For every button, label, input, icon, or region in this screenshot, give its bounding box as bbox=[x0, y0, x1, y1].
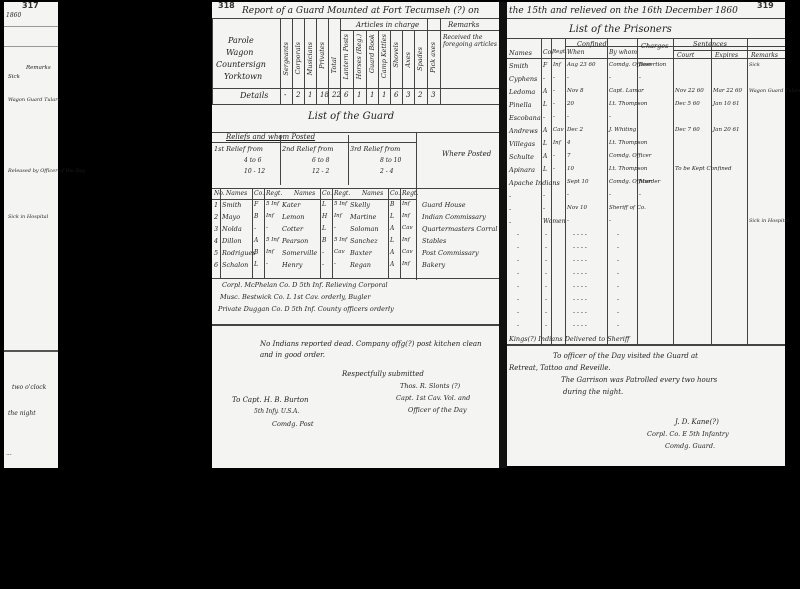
prisoner-name: - bbox=[509, 192, 511, 200]
col-privates: Privates bbox=[318, 42, 326, 69]
roster-header: Regt. bbox=[402, 190, 418, 197]
prisoner-remarks: Sick in Hospital bbox=[749, 218, 789, 224]
blank-row-mark: - bbox=[617, 283, 619, 290]
signature-line: Capt. 1st Cav. Vol. and bbox=[396, 394, 470, 402]
prisoner-regiment: - bbox=[553, 88, 555, 94]
roster-number: 6 bbox=[214, 261, 218, 269]
guard-company: A bbox=[390, 261, 394, 268]
blank-row-mark: - - - - bbox=[573, 322, 587, 329]
blank-row-mark: - bbox=[545, 283, 547, 290]
remarks-header: Remarks bbox=[448, 21, 479, 29]
header-charges: Charges bbox=[641, 42, 669, 50]
blank-row-mark: - - - - bbox=[573, 257, 587, 264]
blank-row-mark: - - - - bbox=[573, 270, 587, 277]
guard-name: Mayo bbox=[222, 213, 240, 221]
guard-regiment: - bbox=[266, 225, 268, 231]
guard-company: - bbox=[322, 249, 324, 256]
prisoner-charge: - bbox=[639, 192, 641, 198]
relief-hours: 4 to 6 bbox=[244, 157, 261, 164]
guard-regiment: Cav bbox=[334, 249, 345, 255]
prisoner-name: Smith bbox=[509, 62, 529, 70]
confined-when: 7 bbox=[567, 153, 571, 159]
roster-divider bbox=[264, 188, 265, 278]
prisoner-company: - bbox=[543, 114, 545, 121]
roster-header: Names bbox=[226, 190, 247, 197]
col-spades: Spades bbox=[416, 47, 424, 71]
guard-name: Cotter bbox=[282, 225, 303, 233]
details-value: 18 bbox=[320, 91, 329, 99]
guard-company: L bbox=[390, 213, 394, 220]
report-note: No Indians reported dead. Company offg(?… bbox=[260, 339, 492, 361]
relief-hours: 12 - 2 bbox=[312, 168, 329, 175]
guard-regiment: - bbox=[266, 261, 268, 267]
blank-row-mark: - bbox=[617, 244, 619, 251]
guard-name: Martine bbox=[350, 213, 376, 221]
col-shovels: Shovels bbox=[392, 42, 400, 68]
prisoner-company: A bbox=[543, 127, 547, 134]
fragment-remark: Sick bbox=[8, 74, 20, 80]
roster-divider bbox=[220, 188, 221, 278]
prisoner-company: L bbox=[543, 166, 547, 173]
guard-company: A bbox=[390, 249, 394, 256]
col-pick-axes: Pick axes bbox=[429, 42, 437, 73]
guard-company: A bbox=[254, 237, 258, 244]
guard-name: Soloman bbox=[350, 225, 379, 233]
yorktown: Yorktown bbox=[224, 72, 262, 81]
col-camp-kettles: Camp Kettles bbox=[380, 34, 388, 78]
prisoner-regiment: - bbox=[553, 153, 555, 159]
guard-regiment: Inf bbox=[266, 213, 274, 219]
articles-header: Articles in charge bbox=[356, 21, 419, 29]
guard-name: Dillon bbox=[222, 237, 242, 245]
prisoner-name: Apinara bbox=[509, 166, 535, 174]
confined-when: Dec 2 bbox=[567, 127, 583, 133]
guard-signature: Corpl. Co. E 5th Infantry bbox=[647, 430, 729, 438]
header-sentences: Sentences bbox=[693, 40, 727, 48]
countersign: Countersign bbox=[216, 60, 266, 69]
blank-row-mark: - bbox=[545, 244, 547, 251]
prisoner-regiment: Inf bbox=[553, 140, 561, 146]
prisoner-name: - bbox=[509, 218, 511, 226]
details-value: 1 bbox=[308, 91, 312, 99]
fragment-header-text: 1860 bbox=[6, 12, 21, 19]
prisoner-company: Women bbox=[543, 218, 565, 225]
fragment-line: two o'clock bbox=[12, 384, 46, 391]
prisoner-remarks: Wagon Guard Tulare bbox=[749, 88, 800, 94]
guard-report-page: 318 Report of a Guard Mounted at Fort Te… bbox=[212, 2, 499, 468]
parole: Parole bbox=[228, 36, 254, 45]
col-lantern-posts: Lantern Posts bbox=[342, 34, 350, 80]
confined-by: - bbox=[609, 218, 611, 224]
blank-row-mark: - - - - bbox=[573, 296, 587, 303]
relief-hours: 2 - 4 bbox=[380, 168, 393, 175]
prisoner-company: - bbox=[543, 192, 545, 199]
prisoners-title: List of the Prisoners bbox=[569, 24, 672, 35]
prisoner-regiment: - bbox=[553, 75, 555, 81]
guard-signature: Comdg. Guard. bbox=[665, 442, 715, 450]
blank-row-mark: - bbox=[517, 270, 519, 277]
details-value: 22 bbox=[332, 91, 341, 99]
prisoners-rule bbox=[673, 50, 785, 51]
post-location: Quartermasters Corral bbox=[422, 225, 497, 233]
guard-regiment: Inf bbox=[334, 213, 342, 219]
prisoner-charge: Desertion bbox=[639, 62, 666, 68]
prisoner-name: Ledoma bbox=[509, 88, 535, 96]
confined-when: 20 bbox=[567, 101, 574, 107]
confined-when: Sept 10 bbox=[567, 179, 589, 185]
prisoners-divider bbox=[711, 38, 712, 344]
col-total: Total bbox=[330, 57, 338, 73]
blank-row-mark: - bbox=[517, 322, 519, 329]
prisoner-regiment: Cav bbox=[553, 127, 564, 133]
guard-regiment: Cav bbox=[402, 225, 413, 231]
guard-regiment: Inf bbox=[402, 261, 410, 267]
roster-number: 2 bbox=[214, 213, 218, 221]
blank-row-mark: - bbox=[517, 257, 519, 264]
blank-row-mark: - bbox=[517, 296, 519, 303]
col-axes: Axes bbox=[404, 52, 412, 68]
guard-regiment: 5 Inf bbox=[334, 201, 347, 207]
prisoner-regiment: - bbox=[553, 114, 555, 120]
col-sergeants: Sergeants bbox=[282, 42, 290, 75]
guard-regiment: Inf bbox=[402, 201, 410, 207]
prisoners-divider bbox=[565, 38, 566, 344]
roster-header: Co. bbox=[322, 190, 332, 197]
guard-name: Kater bbox=[282, 201, 300, 209]
header-remarks: Remarks bbox=[751, 52, 778, 59]
details-value: 2 bbox=[296, 91, 300, 99]
roster-header: Co. bbox=[254, 190, 264, 197]
details-value: 3 bbox=[406, 91, 410, 99]
prisoners-divider bbox=[551, 38, 552, 344]
post-location: Indian Commissary bbox=[422, 213, 486, 221]
prisoners-divider bbox=[607, 38, 608, 344]
details-value: 6 bbox=[344, 91, 348, 99]
confined-by: J. Whiting bbox=[609, 127, 636, 133]
guard-name: Smith bbox=[222, 201, 242, 209]
book-spine bbox=[499, 2, 507, 468]
sentence-expires: Mar 22 60 bbox=[713, 88, 742, 94]
prisoner-company: L bbox=[543, 140, 547, 147]
blank-row-mark: - bbox=[545, 296, 547, 303]
note-line: To officer of the Day visited the Guard … bbox=[553, 352, 698, 360]
list-of-guard-title: List of the Guard bbox=[308, 111, 394, 122]
remarks-received: Received the foregoing articles bbox=[443, 34, 497, 48]
remarks-header: Remarks bbox=[26, 65, 51, 71]
guard-company: L bbox=[390, 237, 394, 244]
blank-row-mark: - bbox=[617, 270, 619, 277]
guard-company: L bbox=[322, 225, 326, 232]
guard-company: A bbox=[390, 225, 394, 232]
guard-name: Lemon bbox=[282, 213, 304, 221]
sentence-court: Nov 22 60 bbox=[675, 88, 704, 94]
left-page-fragment: 317 1860 Remarks Sick Wagon Guard Tulare… bbox=[4, 2, 58, 468]
guard-company: F bbox=[254, 201, 258, 208]
blank-row-mark: - bbox=[617, 309, 619, 316]
blank-row-mark: - bbox=[617, 231, 619, 238]
signature-line: Officer of the Day bbox=[408, 406, 467, 414]
blank-row-mark: - bbox=[545, 322, 547, 329]
blank-row-mark: - - - - bbox=[573, 244, 587, 251]
guard-name: Somerville bbox=[282, 249, 317, 257]
post-location: Post Commissary bbox=[422, 249, 479, 257]
sentence-expires: Jan 20 61 bbox=[713, 127, 740, 133]
prisoner-name: Escobana bbox=[509, 114, 541, 122]
prisoner-company: L bbox=[543, 101, 547, 108]
confined-by: Lt. Thompson bbox=[609, 101, 647, 107]
prisoner-name: Cyphens bbox=[509, 75, 537, 83]
prisoners-rule bbox=[507, 38, 785, 39]
prisoner-remarks: Sick bbox=[749, 62, 760, 68]
guard-signature: J. D. Kane(?) bbox=[675, 418, 719, 426]
blank-row-mark: - bbox=[545, 231, 547, 238]
blank-row-mark: - bbox=[517, 244, 519, 251]
signature-line: Thos. R. Slonts (?) bbox=[400, 382, 460, 390]
page-title: Report of a Guard Mounted at Fort Tecums… bbox=[242, 6, 479, 16]
prisoner-company: A bbox=[543, 88, 547, 95]
blank-row-mark: - bbox=[517, 309, 519, 316]
prisoner-name: Pinella bbox=[509, 101, 532, 109]
details-value: 2 bbox=[418, 91, 422, 99]
header-when: When bbox=[567, 49, 584, 56]
blank-row-mark: - - - - bbox=[573, 283, 587, 290]
guard-company: L bbox=[322, 201, 326, 208]
prisoner-company: A bbox=[543, 153, 547, 160]
prisoner-regiment: - bbox=[553, 166, 555, 172]
roster-header: Co. bbox=[390, 190, 400, 197]
guard-regiment: Inf bbox=[402, 237, 410, 243]
blank-row-mark: - bbox=[517, 231, 519, 238]
guard-regiment: 5 Inf bbox=[334, 237, 347, 243]
roster-divider bbox=[320, 188, 321, 278]
confined-by: Capt. Lamar bbox=[609, 88, 644, 94]
blank-row-mark: - - - - bbox=[573, 231, 587, 238]
prisoners-divider bbox=[747, 38, 748, 344]
guard-company: B bbox=[322, 237, 326, 244]
page-number: 317 bbox=[22, 1, 39, 10]
header-confined: Confined bbox=[577, 40, 607, 48]
blank-row-mark: - bbox=[617, 257, 619, 264]
sentence-court: Dec 7 60 bbox=[675, 127, 700, 133]
guard-regiment: - bbox=[334, 261, 336, 267]
confined-when: - bbox=[567, 192, 569, 198]
post-location: Guard House bbox=[422, 201, 466, 209]
blank-row-mark: - bbox=[545, 257, 547, 264]
header-names: Names bbox=[509, 49, 532, 57]
roster-header: Regt. bbox=[266, 190, 282, 197]
guard-company: L bbox=[254, 261, 258, 268]
relief-label: 3rd Relief from bbox=[350, 145, 400, 153]
prisoner-name: Andrews bbox=[509, 127, 538, 135]
guard-regiment: - bbox=[334, 225, 336, 231]
details-value: 6 bbox=[394, 91, 398, 99]
guard-name: Schalon bbox=[222, 261, 248, 269]
details-value: 3 bbox=[431, 91, 435, 99]
prisoners-rule bbox=[507, 58, 785, 59]
wagon: Wagon bbox=[226, 48, 253, 57]
roster-number: 3 bbox=[214, 225, 218, 233]
fragment-line: ... bbox=[6, 450, 12, 457]
confined-by: - bbox=[609, 192, 611, 198]
prisoner-charge: - bbox=[639, 75, 641, 81]
confined-when: 4 bbox=[567, 140, 571, 146]
confined-by: Sheriff of Co. bbox=[609, 205, 646, 211]
roster-divider bbox=[332, 188, 333, 278]
guard-regiment: Inf bbox=[266, 249, 274, 255]
prisoners-divider bbox=[673, 38, 674, 344]
details-value: - bbox=[284, 91, 286, 99]
confined-when: Aug 23 60 bbox=[567, 62, 596, 68]
fragment-remark: Released by Officer of the Day bbox=[8, 168, 85, 174]
relief-hours: 6 to 8 bbox=[312, 157, 329, 164]
post-location: Bakery bbox=[422, 261, 445, 269]
confined-by: - bbox=[609, 75, 611, 81]
guard-company: B bbox=[254, 213, 258, 220]
page-number: 319 bbox=[757, 1, 774, 10]
blank-row-mark: - bbox=[545, 270, 547, 277]
prisoner-company: F bbox=[543, 62, 547, 69]
roster-divider bbox=[252, 188, 253, 278]
prisoners-footer-row: Kings(?) Indians Delivered to Sheriff bbox=[509, 335, 629, 343]
note-line: The Garrison was Patrolled every two hou… bbox=[561, 376, 717, 384]
guard-regiment: 5 Inf bbox=[266, 237, 279, 243]
supernumerary: Corpl. McPhelan Co. D 5th Inf. Relieving… bbox=[222, 281, 388, 289]
roster-header-line bbox=[212, 199, 416, 200]
col-horses: Horses (Reg.) bbox=[355, 34, 363, 79]
guard-name: Rodrigues bbox=[222, 249, 256, 257]
roster-divider bbox=[388, 188, 389, 278]
roster-header: Regt. bbox=[334, 190, 350, 197]
details-value: 1 bbox=[370, 91, 374, 99]
relief-label: 2nd Relief from bbox=[282, 145, 333, 153]
guard-company: B bbox=[390, 201, 394, 208]
confined-when: - bbox=[567, 114, 569, 120]
prisoner-name: Villegas bbox=[509, 140, 535, 148]
prisoner-name: - bbox=[509, 205, 511, 213]
roster-number: 5 bbox=[214, 249, 218, 257]
prisoner-name: Schulte bbox=[509, 153, 534, 161]
guard-regiment: 5 Inf bbox=[266, 201, 279, 207]
addressee-line: Comdg. Post bbox=[272, 420, 313, 428]
page-number: 318 bbox=[218, 1, 235, 10]
confined-when: - bbox=[567, 218, 569, 224]
header-court: Court bbox=[677, 52, 694, 59]
blank-row-mark: - bbox=[545, 309, 547, 316]
prisoner-regiment: Inf bbox=[553, 62, 561, 68]
col-corporals: Corporals bbox=[294, 42, 302, 74]
details-value: 1 bbox=[357, 91, 361, 99]
supernumerary: Private Duggan Co. D 5th Inf. County off… bbox=[218, 305, 394, 313]
guard-name: Regan bbox=[350, 261, 371, 269]
col-musicians: Musicians bbox=[306, 42, 314, 75]
prisoner-name: Apache Indians bbox=[509, 179, 560, 187]
relief-hours: 10 - 12 bbox=[244, 168, 265, 175]
reliefs-header: Reliefs and whom Posted bbox=[226, 133, 315, 141]
prisoner-company: - bbox=[543, 75, 545, 82]
roster-number: 1 bbox=[214, 201, 218, 209]
details-value: 1 bbox=[382, 91, 386, 99]
sentence-court: Dec 5 60 bbox=[675, 101, 700, 107]
blank-row-mark: - bbox=[617, 322, 619, 329]
blank-row-mark: - bbox=[517, 283, 519, 290]
guard-name: Nolda bbox=[222, 225, 242, 233]
header-expires: Expires bbox=[715, 52, 738, 59]
guard-name: Sanchez bbox=[350, 237, 378, 245]
confined-by: - bbox=[609, 114, 611, 120]
note-line: during the night. bbox=[563, 388, 623, 396]
guard-company: - bbox=[322, 261, 324, 268]
supernumerary: Musc. Bestwick Co. L 1st Cav. orderly, B… bbox=[220, 293, 370, 301]
title-continued: the 15th and relieved on the 16th Decemb… bbox=[509, 6, 738, 16]
sentence-court: To be Kept Confined bbox=[675, 166, 732, 172]
post-location: Stables bbox=[422, 237, 446, 245]
details-label: Details bbox=[240, 91, 268, 100]
prisoner-company: - bbox=[543, 205, 545, 212]
confined-by: Lt. Thompson bbox=[609, 166, 647, 172]
guard-name: Henry bbox=[282, 261, 302, 269]
closing: Respectfully submitted bbox=[342, 370, 424, 378]
guard-company: B bbox=[254, 249, 258, 256]
fragment-line: the night bbox=[8, 410, 36, 417]
confined-by: Comdg. Officer bbox=[609, 153, 651, 159]
guard-company: - bbox=[254, 225, 256, 232]
roster-number: 4 bbox=[214, 237, 218, 245]
confined-by: Lt. Thompson bbox=[609, 140, 647, 146]
roster-header: Names bbox=[362, 190, 383, 197]
blank-row-mark: - bbox=[617, 296, 619, 303]
prisoner-charge: Murder bbox=[639, 179, 660, 185]
fragment-remark: Wagon Guard Tulare bbox=[8, 97, 61, 103]
blank-row-mark: - - - - bbox=[573, 309, 587, 316]
confined-when: 10 bbox=[567, 166, 574, 172]
guard-regiment: Inf bbox=[402, 213, 410, 219]
where-posted-header: Where Posted bbox=[442, 150, 491, 158]
header-by-whom: By whom bbox=[609, 49, 637, 56]
addressee-line: To Capt. H. B. Burton bbox=[232, 396, 309, 404]
addressee-line: 5th Infy. U.S.A. bbox=[254, 408, 299, 415]
roster-header: Names bbox=[294, 190, 315, 197]
fragment-remark: Sick in Hospital bbox=[8, 214, 48, 220]
confined-when: Nov 8 bbox=[567, 88, 583, 94]
col-guard-book: Guard Book bbox=[368, 34, 376, 73]
note-line: Retreat, Tattoo and Reveille. bbox=[509, 364, 611, 372]
confined-when: - bbox=[567, 75, 569, 81]
relief-hours: 8 to 10 bbox=[380, 157, 401, 164]
guard-name: Baxter bbox=[350, 249, 372, 257]
roster-divider bbox=[400, 188, 401, 278]
guard-company: H bbox=[322, 213, 327, 220]
header-regt: Regt. bbox=[552, 49, 567, 55]
prisoners-divider bbox=[637, 38, 638, 344]
prisoner-regiment: - bbox=[553, 101, 555, 107]
guard-name: Skelly bbox=[350, 201, 370, 209]
prisoners-divider bbox=[541, 38, 542, 344]
sentence-expires: Jan 10 61 bbox=[713, 101, 740, 107]
guard-regiment: Cav bbox=[402, 249, 413, 255]
relief-label: 1st Relief from bbox=[214, 145, 263, 153]
prisoners-page: 319 the 15th and relieved on the 16th De… bbox=[507, 2, 785, 466]
confined-when: Nov 10 bbox=[567, 205, 587, 211]
guard-name: Pearson bbox=[282, 237, 308, 245]
